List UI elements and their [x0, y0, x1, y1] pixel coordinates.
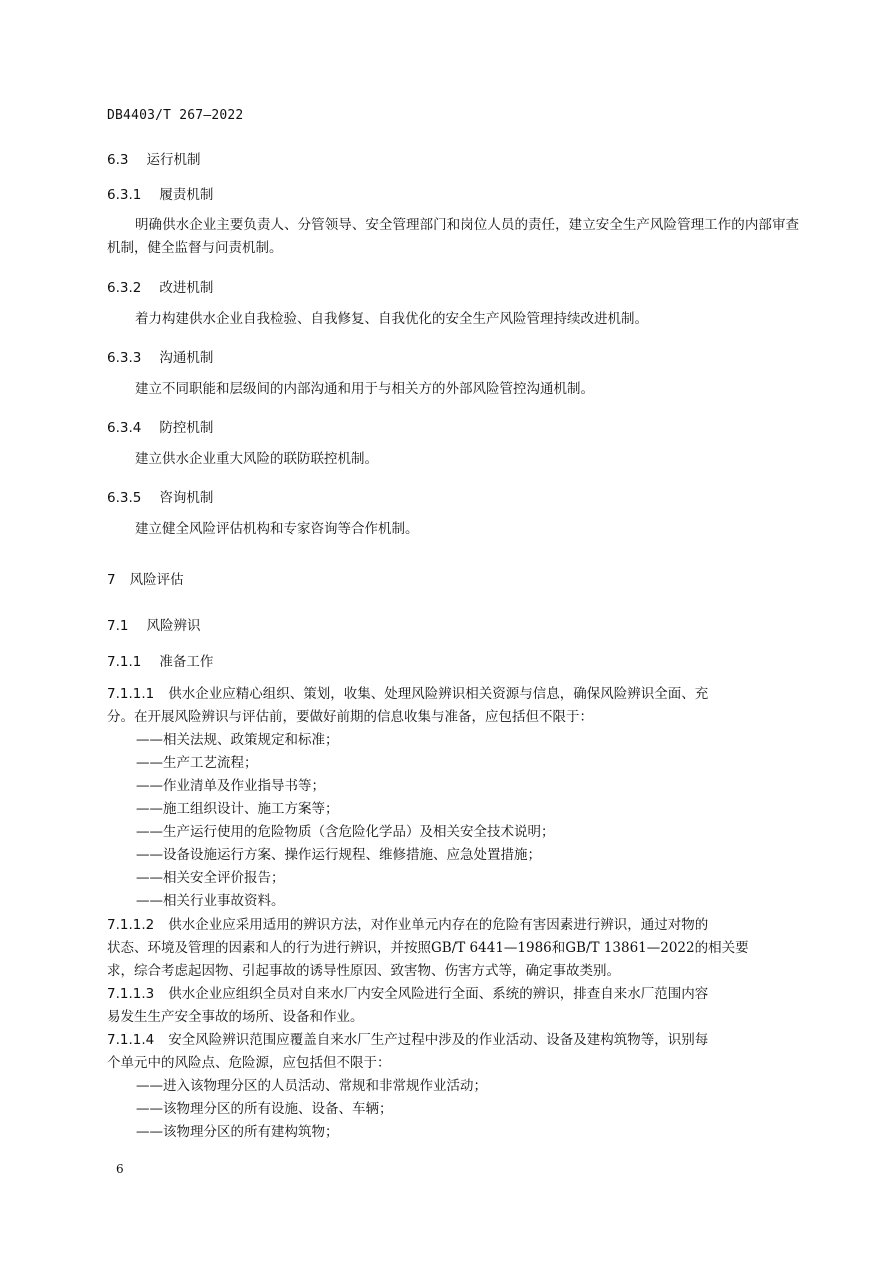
subsection-number: 6.3.1 — [107, 187, 141, 203]
subsection-title: 履责机制 — [159, 187, 213, 203]
subsection-number: 6.3.5 — [107, 490, 141, 506]
section-title: 风险评估 — [130, 572, 184, 588]
clause-7-1-1-3-line-2: 易发生生产安全事故的场所、设备和作业。 — [107, 1006, 364, 1029]
paragraph-6-3-1: 明确供水企业主要负责人、分管领导、安全管理部门和岗位人员的责任，建立安全生产风险… — [107, 214, 799, 260]
subsection-heading-6-3-1: 6.3.1履责机制 — [107, 183, 213, 203]
list-item: ——施工组织设计、施工方案等； — [136, 798, 339, 821]
list-item: ——生产工艺流程； — [136, 752, 258, 775]
paragraph-6-3-3: 建立不同职能和层级间的内部沟通和用于与相关方的外部风险管控沟通机制。 — [107, 378, 799, 401]
subsection-title: 防控机制 — [159, 420, 213, 436]
clause-number: 7.1.1.3 — [107, 986, 154, 1002]
subsection-number: 6.3.3 — [107, 350, 141, 366]
section-number: 7.1 — [107, 618, 128, 634]
list-item: ——该物理分区的所有设施、设备、车辆； — [136, 1098, 393, 1121]
subsection-title: 咨询机制 — [159, 490, 213, 506]
paragraph-6-3-4: 建立供水企业重大风险的联防联控机制。 — [107, 448, 799, 471]
list-item: ——作业清单及作业指导书等； — [136, 775, 325, 798]
document-page: DB4403/T 267—2022 6.3运行机制 6.3.1履责机制 明确供水… — [0, 0, 893, 1263]
subsection-number: 6.3.4 — [107, 420, 141, 436]
clause-text: 供水企业应采用适用的辨识方法，对作业单元内存在的危险有害因素进行辨识，通过对物的 — [168, 917, 708, 933]
page-number: 6 — [116, 1162, 124, 1176]
list-item: ——相关安全评价报告； — [136, 867, 285, 890]
clause-7-1-1-2-line-3: 求，综合考虑起因物、引起事故的诱导性原因、致害物、伤害方式等，确定事故类别。 — [107, 960, 620, 983]
clause-7-1-1-4-line-1: 7.1.1.4安全风险辨识范围应覆盖自来水厂生产过程中涉及的作业活动、设备及建构… — [107, 1029, 708, 1052]
list-item: ——设备设施运行方案、操作运行规程、维修措施、应急处置措施； — [136, 844, 541, 867]
list-item: ——该物理分区的所有建构筑物； — [136, 1121, 339, 1144]
clause-7-1-1-2-line-2: 状态、环境及管理的因素和人的行为进行辨识，并按照GB/T 6441—1986和G… — [107, 937, 749, 960]
list-item: ——相关行业事故资料。 — [136, 890, 285, 913]
clause-text: 安全风险辨识范围应覆盖自来水厂生产过程中涉及的作业活动、设备及建构筑物等，识别每 — [168, 1032, 708, 1048]
section-heading-6-3: 6.3运行机制 — [107, 148, 200, 168]
paragraph-6-3-5: 建立健全风险评估机构和专家咨询等合作机制。 — [107, 518, 799, 541]
section-heading-7-1: 7.1风险辨识 — [107, 614, 200, 634]
section-title: 运行机制 — [146, 152, 200, 168]
section-title: 风险辨识 — [146, 618, 200, 634]
subsection-title: 沟通机制 — [159, 350, 213, 366]
clause-7-1-1-1-line-1: 7.1.1.1供水企业应精心组织、策划，收集、处理风险辨识相关资源与信息，确保风… — [107, 683, 708, 706]
section-number: 7 — [107, 572, 116, 588]
subsection-heading-6-3-3: 6.3.3沟通机制 — [107, 346, 213, 366]
list-item: ——相关法规、政策规定和标准； — [136, 729, 339, 752]
subsection-number: 6.3.2 — [107, 280, 141, 296]
subsection-heading-6-3-2: 6.3.2改进机制 — [107, 276, 213, 296]
clause-number: 7.1.1.1 — [107, 686, 154, 702]
clause-7-1-1-2-line-1: 7.1.1.2供水企业应采用适用的辨识方法，对作业单元内存在的危险有害因素进行辨… — [107, 914, 708, 937]
clause-text: 供水企业应组织全员对自来水厂内安全风险进行全面、系统的辨识，排查自来水厂范围内容 — [168, 986, 708, 1002]
section-number: 6.3 — [107, 152, 128, 168]
subsection-number: 7.1.1 — [107, 654, 141, 670]
clause-7-1-1-1-line-2: 分。在开展风险辨识与评估前，要做好前期的信息收集与准备，应包括但不限于： — [107, 706, 593, 729]
list-item: ——生产运行使用的危险物质（含危险化学品）及相关安全技术说明； — [136, 821, 555, 844]
clause-number: 7.1.1.4 — [107, 1032, 154, 1048]
subsection-heading-7-1-1: 7.1.1准备工作 — [107, 650, 213, 670]
clause-number: 7.1.1.2 — [107, 917, 154, 933]
subsection-title: 改进机制 — [159, 280, 213, 296]
clause-7-1-1-3-line-1: 7.1.1.3供水企业应组织全员对自来水厂内安全风险进行全面、系统的辨识，排查自… — [107, 983, 708, 1006]
clause-text: 供水企业应精心组织、策划，收集、处理风险辨识相关资源与信息，确保风险辨识全面、充 — [168, 686, 708, 702]
subsection-heading-6-3-5: 6.3.5咨询机制 — [107, 486, 213, 506]
list-item: ——进入该物理分区的人员活动、常规和非常规作业活动； — [136, 1075, 487, 1098]
subsection-title: 准备工作 — [159, 654, 213, 670]
subsection-heading-6-3-4: 6.3.4防控机制 — [107, 416, 213, 436]
clause-7-1-1-4-line-2: 个单元中的风险点、危险源，应包括但不限于： — [107, 1052, 391, 1075]
paragraph-6-3-2: 着力构建供水企业自我检验、自我修复、自我优化的安全生产风险管理持续改进机制。 — [107, 308, 799, 331]
document-code: DB4403/T 267—2022 — [107, 108, 243, 123]
section-heading-7: 7风险评估 — [107, 568, 184, 588]
